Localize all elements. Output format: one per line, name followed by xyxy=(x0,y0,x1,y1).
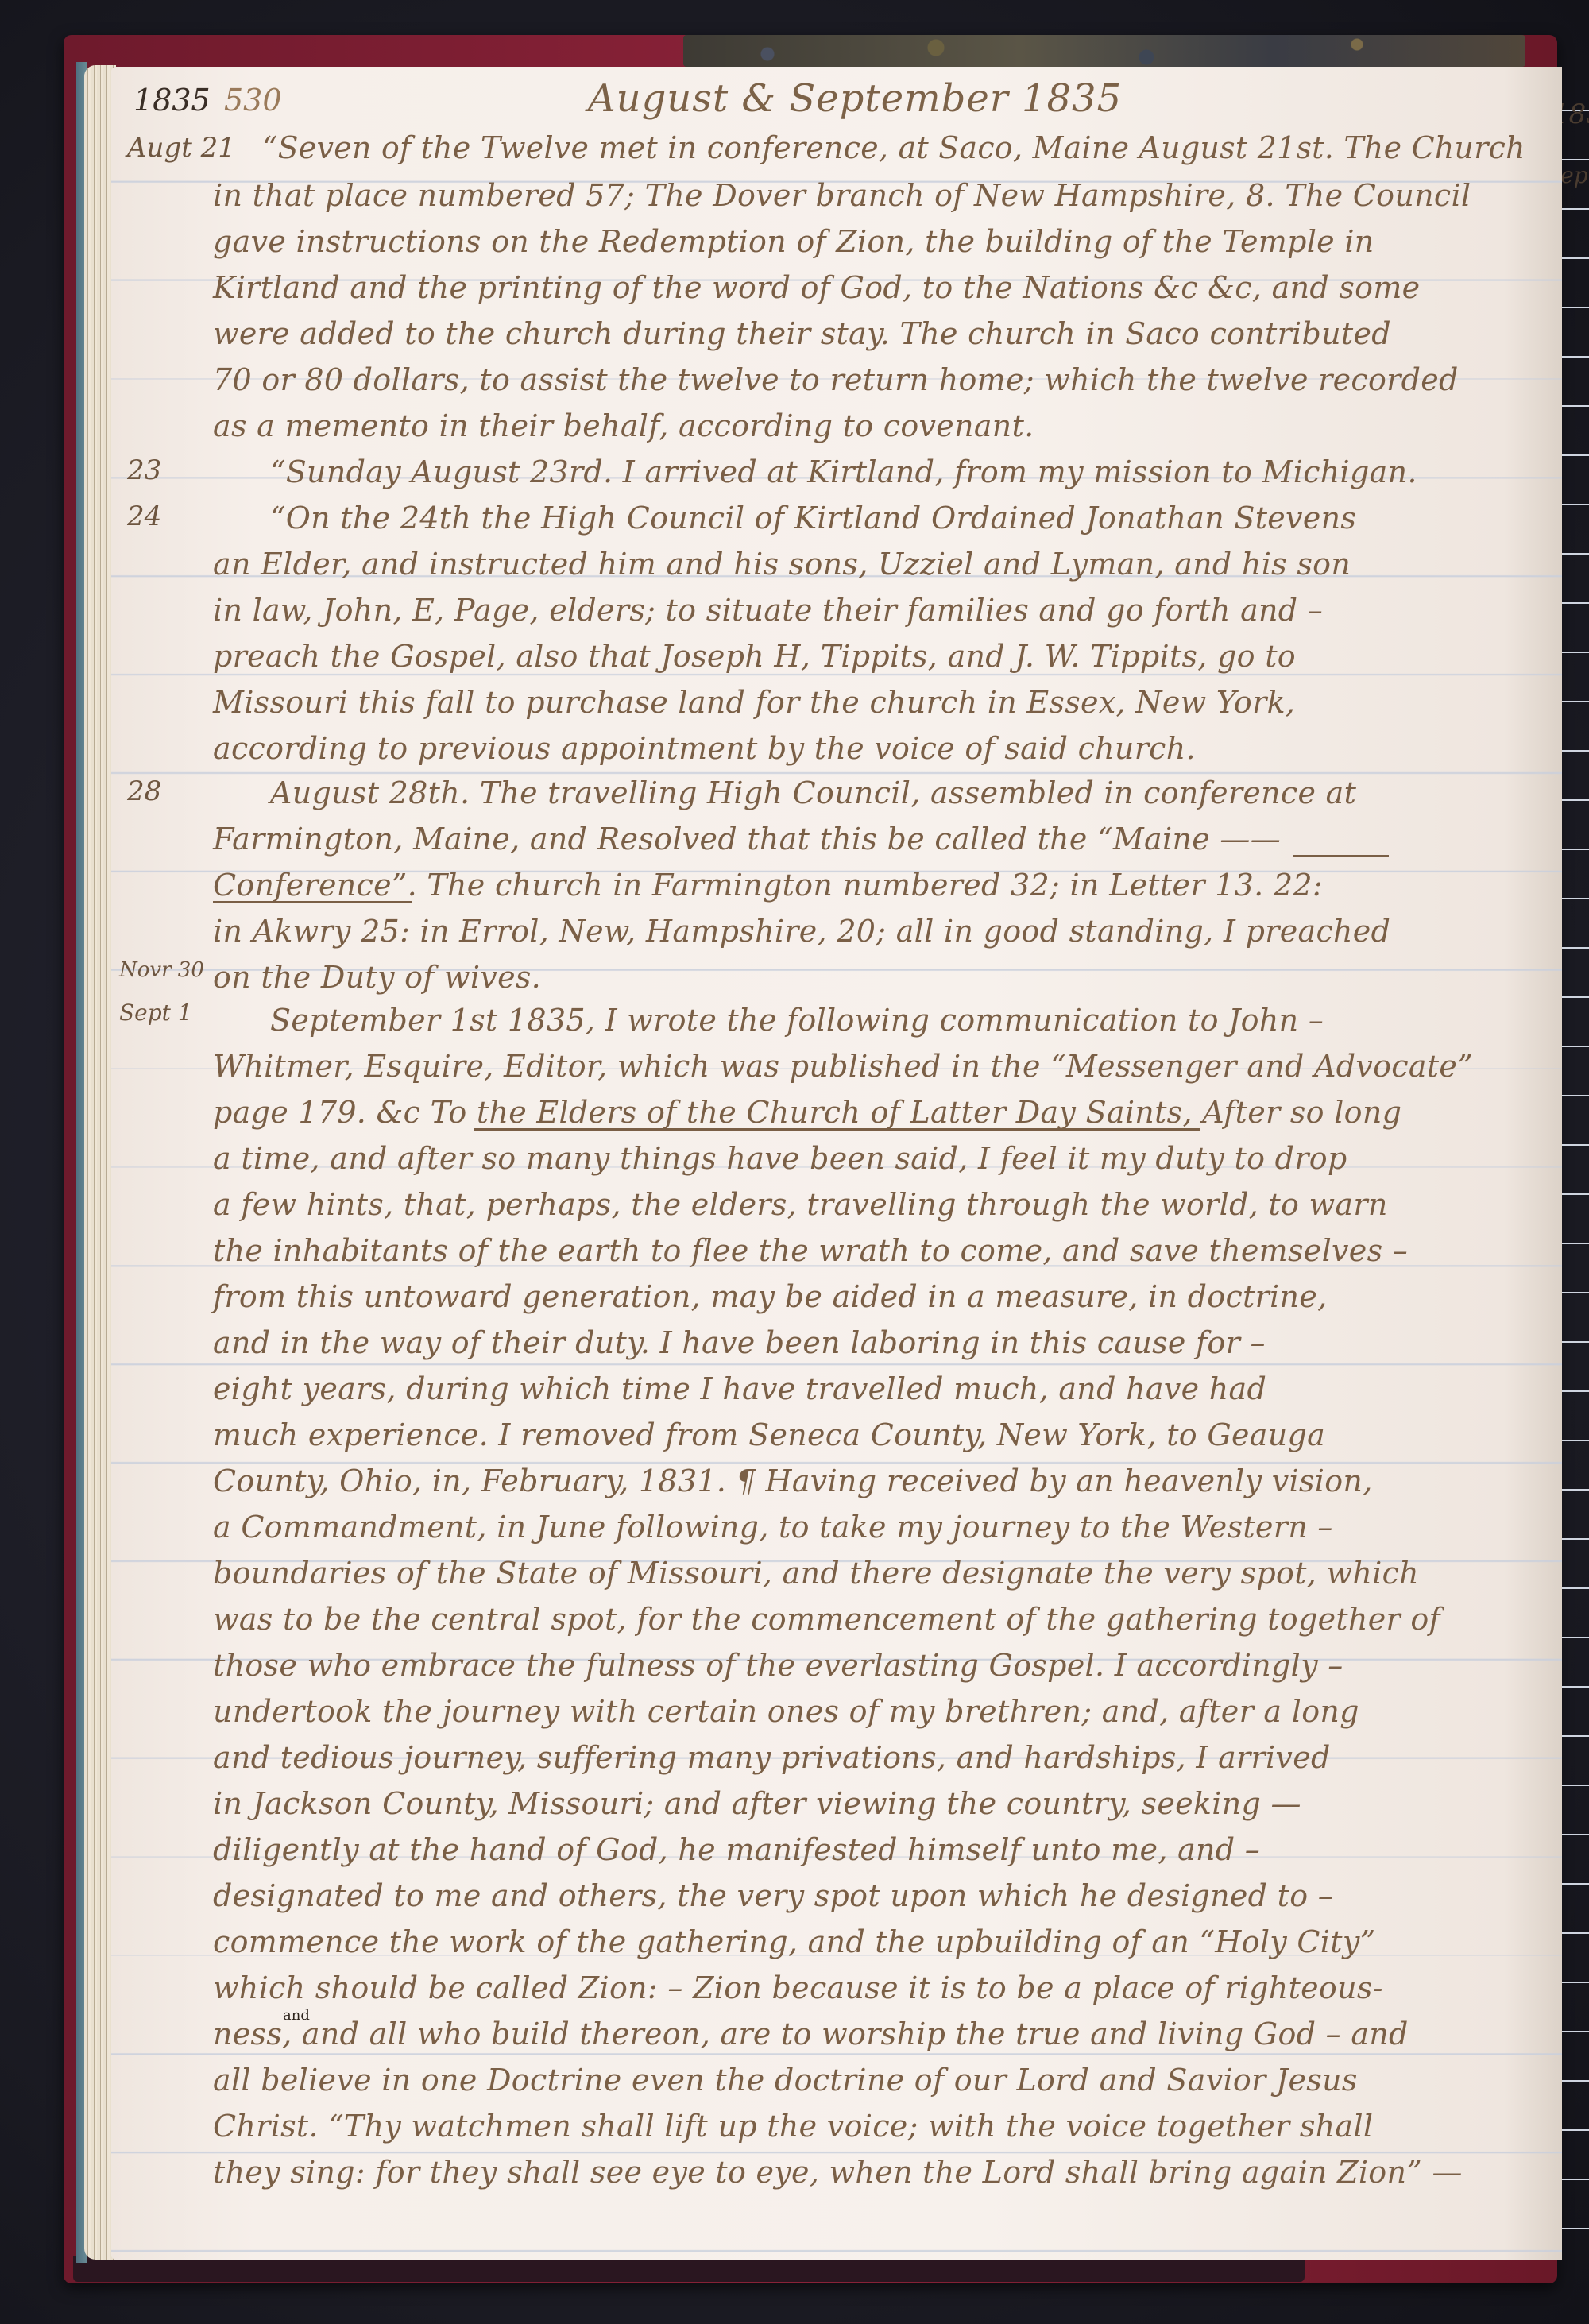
text-line: gave instructions on the Redemption of Z… xyxy=(213,224,1374,259)
underline-conference xyxy=(213,901,412,903)
text-line: Missouri this fall to purchase land for … xyxy=(213,685,1295,720)
text-line: eight years, during which time I have tr… xyxy=(213,1371,1266,1406)
text-line: Conference”. The church in Farmington nu… xyxy=(213,868,1323,903)
text-line: “Seven of the Twelve met in conference, … xyxy=(262,130,1525,165)
text-line: a time, and after so many things have be… xyxy=(213,1141,1347,1176)
text-line: commence the work of the gathering, and … xyxy=(213,1924,1375,1959)
text-line: Farmington, Maine, and Resolved that thi… xyxy=(213,822,1281,857)
text-line: “Sunday August 23rd. I arrived at Kirtla… xyxy=(270,454,1417,489)
text-line: all believe in one Doctrine even the doc… xyxy=(213,2063,1358,2098)
text-line: page 179. &c To the Elders of the Church… xyxy=(213,1095,1401,1130)
text-line: on the Duty of wives. xyxy=(213,960,541,995)
text-line: which should be called Zion: – Zion beca… xyxy=(213,1970,1383,2005)
text-line: diligently at the hand of God, he manife… xyxy=(213,1832,1260,1867)
page-title: August & September 1835 xyxy=(588,76,1122,121)
text-line: much experience. I removed from Seneca C… xyxy=(213,1417,1325,1452)
text-line: boundaries of the State of Missouri, and… xyxy=(213,1556,1419,1591)
text-line: a Commandment, in June following, to tak… xyxy=(213,1510,1333,1545)
text-line: 70 or 80 dollars, to assist the twelve t… xyxy=(213,362,1459,397)
margin-date: Novr 30 xyxy=(119,958,204,982)
text-line: a few hints, that, perhaps, the elders, … xyxy=(213,1187,1388,1222)
text-line: undertook the journey with certain ones … xyxy=(213,1694,1359,1729)
margin-date: Augt 21 xyxy=(127,132,235,164)
text-line: according to previous appointment by the… xyxy=(213,731,1196,766)
underline-address xyxy=(474,1128,1200,1131)
text-line: they sing: for they shall see eye to eye… xyxy=(213,2155,1463,2190)
header-page-number: 530 xyxy=(224,83,282,118)
text-line: September 1st 1835, I wrote the followin… xyxy=(270,1003,1324,1038)
text-line: the inhabitants of the earth to flee the… xyxy=(213,1233,1408,1268)
text-line: were added to the church during their st… xyxy=(213,316,1391,351)
text-line: County, Ohio, in, February, 1831. ¶ Havi… xyxy=(213,1464,1373,1498)
text-line: in Jackson County, Missouri; and after v… xyxy=(213,1786,1301,1821)
margin-date: Sept 1 xyxy=(119,1000,192,1026)
text-line: from this untoward generation, may be ai… xyxy=(213,1279,1327,1314)
text-line: ness, and all who build thereon, are to … xyxy=(213,2017,1409,2051)
text-line: an Elder, and instructed him and his son… xyxy=(213,547,1351,582)
interlinear-insertion: and xyxy=(283,2007,310,2024)
text-line: August 28th. The travelling High Council… xyxy=(270,775,1356,810)
text-line: in that place numbered 57; The Dover bra… xyxy=(213,178,1471,213)
text-line: and in the way of their duty. I have bee… xyxy=(213,1325,1266,1360)
text-line: Christ. “Thy watchmen shall lift up the … xyxy=(213,2109,1373,2144)
margin-date: 28 xyxy=(127,775,161,807)
text-line: Whitmer, Esquire, Editor, which was publ… xyxy=(213,1049,1473,1084)
underline-maine xyxy=(1293,855,1389,857)
text-line: in Akwry 25: in Errol, New, Hampshire, 2… xyxy=(213,914,1390,949)
margin-date: 23 xyxy=(127,454,161,486)
text-line: designated to me and others, the very sp… xyxy=(213,1878,1333,1913)
marbled-endpaper-strip xyxy=(683,35,1525,67)
text-line: preach the Gospel, also that Joseph H, T… xyxy=(213,639,1296,674)
text-line: in law, John, E, Page, elders; to situat… xyxy=(213,593,1323,628)
text-line: was to be the central spot, for the comm… xyxy=(213,1602,1440,1637)
text-line: “On the 24th the High Council of Kirtlan… xyxy=(270,501,1356,536)
margin-date: 24 xyxy=(127,501,161,532)
text-line: as a memento in their behalf, according … xyxy=(213,408,1034,443)
text-line: and tedious journey, suffering many priv… xyxy=(213,1740,1331,1775)
text-line: Kirtland and the printing of the word of… xyxy=(213,270,1420,305)
book-cover-bottom-edge xyxy=(73,2256,1305,2282)
text-line: those who embrace the fulness of the eve… xyxy=(213,1648,1343,1683)
header-year: 1835 xyxy=(133,83,211,118)
